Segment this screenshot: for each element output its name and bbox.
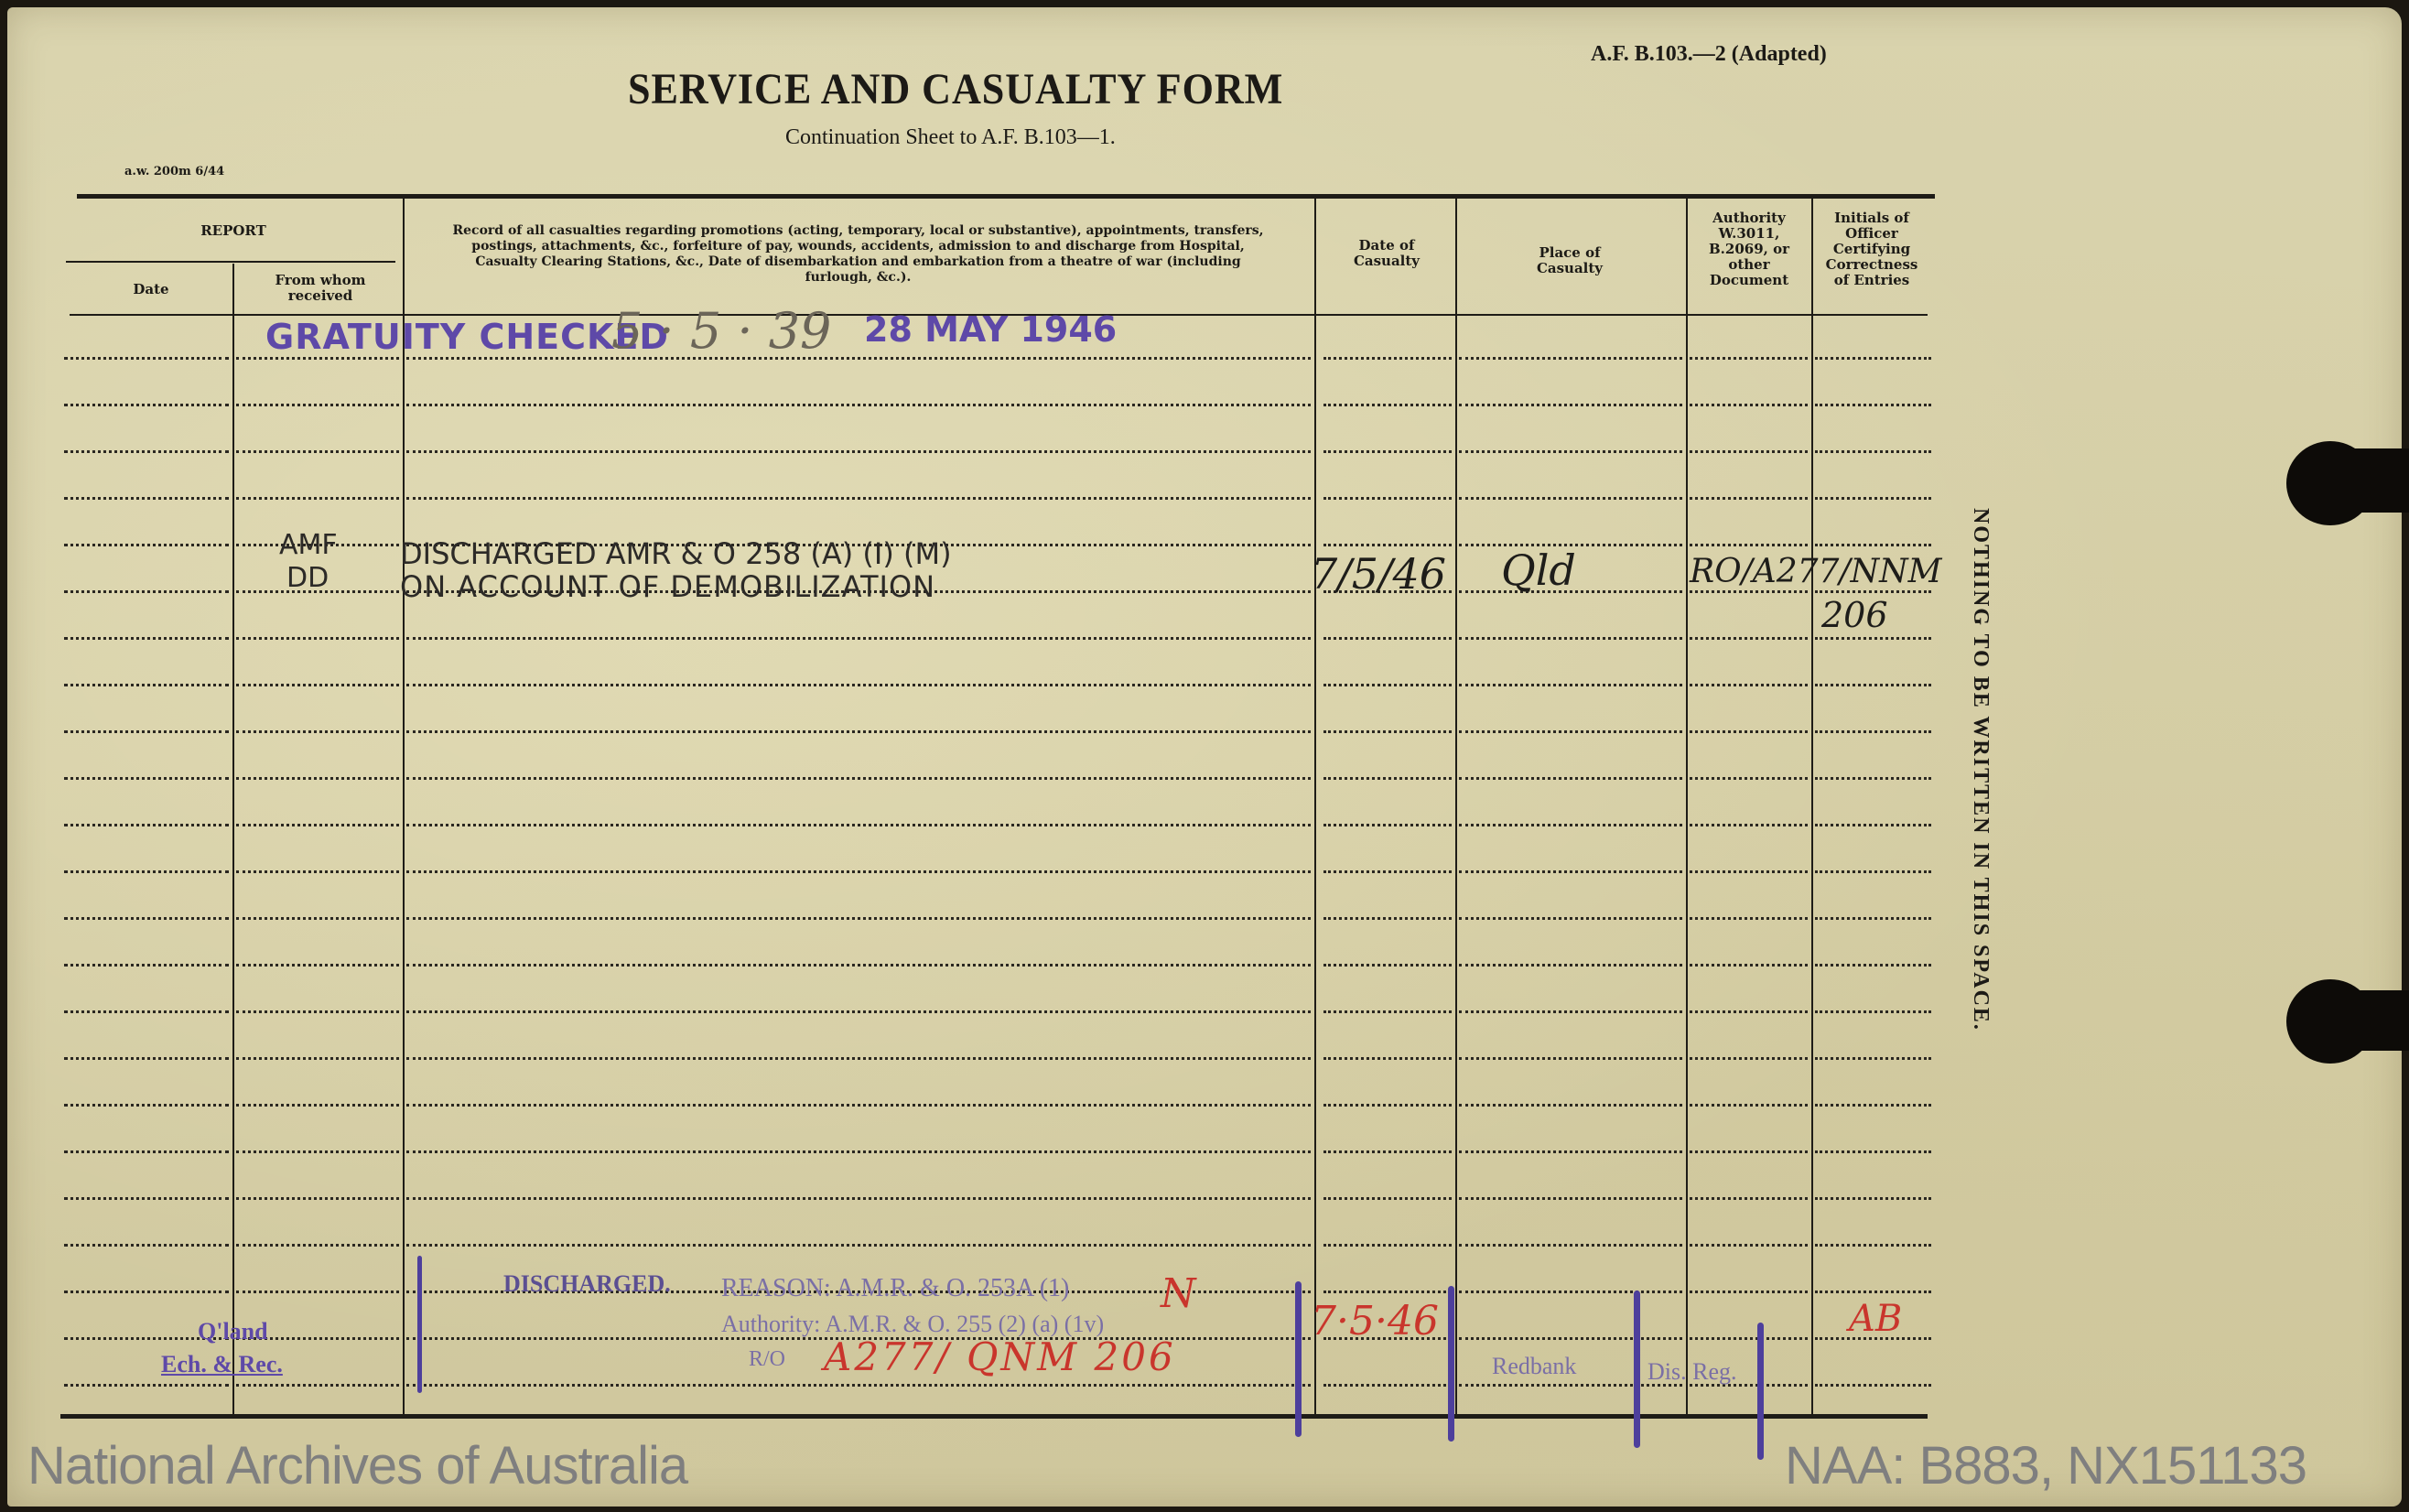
header-date-of-casualty: Date of Casualty xyxy=(1336,238,1437,269)
ruled-line xyxy=(236,450,399,453)
ruled-line xyxy=(236,357,399,360)
ruled-line xyxy=(1815,544,1931,546)
discharged-label: DISCHARGED. xyxy=(503,1270,671,1298)
ruled-line xyxy=(406,730,1311,733)
ruled-line xyxy=(1459,1244,1682,1247)
header-date: Date xyxy=(73,282,229,297)
ruled-line xyxy=(64,1104,229,1107)
ruled-line xyxy=(406,777,1311,780)
col-line-date-cas xyxy=(1455,197,1457,1414)
gratuity-pencil-date: 5 · 5 · 39 xyxy=(611,302,831,360)
ruled-line xyxy=(64,544,229,546)
ink-stroke xyxy=(1757,1323,1764,1460)
ruled-line xyxy=(1815,777,1931,780)
ruled-line xyxy=(1459,777,1682,780)
ruled-line xyxy=(64,917,229,920)
punch-hole-top-tab xyxy=(2343,448,2409,513)
ruled-line xyxy=(236,777,399,780)
ruled-line xyxy=(1459,1010,1682,1013)
ruled-line xyxy=(406,1197,1311,1200)
form-subtitle: Continuation Sheet to A.F. B.103—1. xyxy=(785,125,1116,150)
ruled-line xyxy=(1690,450,1808,453)
ruled-line xyxy=(406,1104,1311,1107)
ruled-line xyxy=(1459,824,1682,826)
ruled-line xyxy=(1323,777,1452,780)
ruled-line xyxy=(1815,1150,1931,1153)
ruled-line xyxy=(1459,917,1682,920)
ruled-line xyxy=(406,497,1311,500)
ruled-line xyxy=(64,964,229,967)
ruled-line xyxy=(406,684,1311,686)
ruled-line xyxy=(406,1384,1311,1387)
ruled-line xyxy=(236,637,399,640)
discharge-place-of-casualty: Qld xyxy=(1501,545,1576,595)
ruled-line xyxy=(1323,730,1452,733)
ruled-line xyxy=(1690,964,1808,967)
ruled-line xyxy=(406,1150,1311,1153)
discharge-initials: 206 xyxy=(1821,595,1888,635)
stamp-initials: AB xyxy=(1849,1298,1902,1340)
ruled-line xyxy=(64,497,229,500)
ruled-line xyxy=(406,450,1311,453)
ruled-line xyxy=(1459,1150,1682,1153)
archive-reference-watermark: NAA: B883, NX151133 xyxy=(1785,1435,2306,1496)
ruled-line xyxy=(1690,1337,1808,1340)
ruled-line xyxy=(1323,357,1452,360)
stamp-bracket-mark xyxy=(417,1256,422,1393)
ruled-line xyxy=(236,1384,399,1387)
col-line-place xyxy=(1686,197,1688,1414)
stamp-authority-dis-reg: Dis. Reg. xyxy=(1647,1358,1737,1386)
ruled-line xyxy=(1815,1384,1931,1387)
ruled-line xyxy=(1690,544,1808,546)
ruled-line xyxy=(1323,917,1452,920)
ruled-line xyxy=(1690,357,1808,360)
ruled-line xyxy=(1815,730,1931,733)
ruled-line xyxy=(236,497,399,500)
header-report: REPORT xyxy=(73,223,394,239)
ruled-line xyxy=(236,684,399,686)
col-line-authority xyxy=(1811,197,1813,1414)
ruled-line xyxy=(64,1010,229,1013)
ro-label: R/O xyxy=(749,1347,785,1372)
ruled-line xyxy=(1815,684,1931,686)
ruled-line xyxy=(1690,637,1808,640)
ruled-line xyxy=(64,777,229,780)
ruled-line xyxy=(1323,824,1452,826)
ruled-line xyxy=(406,1010,1311,1013)
ruled-line xyxy=(236,730,399,733)
col-line-date xyxy=(232,264,234,1415)
ruled-line xyxy=(64,1244,229,1247)
ruled-line xyxy=(64,1150,229,1153)
ruled-line xyxy=(1815,1057,1931,1060)
header-place-of-casualty: Place of Casualty xyxy=(1510,245,1629,276)
ruled-line xyxy=(1690,777,1808,780)
ruled-line xyxy=(1323,544,1452,546)
ruled-line xyxy=(1815,1244,1931,1247)
ruled-line xyxy=(1323,404,1452,406)
discharge-record-line2: ON ACCOUNT OF DEMOBILIZATION xyxy=(400,569,935,604)
ink-stroke xyxy=(1448,1286,1454,1442)
ruled-line xyxy=(236,1244,399,1247)
ruled-line xyxy=(1459,637,1682,640)
ruled-line xyxy=(64,870,229,873)
ruled-line xyxy=(64,1197,229,1200)
ruled-line xyxy=(1459,404,1682,406)
ruled-line xyxy=(64,1291,229,1293)
header-from-whom: From whom received xyxy=(256,273,384,304)
ruled-line xyxy=(1323,1244,1452,1247)
stamp-date-of-casualty: 7·5·46 xyxy=(1311,1298,1439,1345)
ruled-line xyxy=(1323,497,1452,500)
ruled-line xyxy=(1459,1197,1682,1200)
table-top-rule xyxy=(77,194,1935,199)
ruled-line xyxy=(1323,870,1452,873)
ruled-line xyxy=(1815,964,1931,967)
table-bottom-rule xyxy=(60,1414,1928,1419)
ruled-line xyxy=(236,1057,399,1060)
ruled-line xyxy=(1323,964,1452,967)
stamp-place-redbank: Redbank xyxy=(1492,1353,1576,1380)
ruled-line xyxy=(64,357,229,360)
nothing-to-be-written-note: NOTHING TO BE WRITTEN IN THIS SPACE. xyxy=(1968,508,1993,1031)
ruled-line xyxy=(1690,1104,1808,1107)
ruled-line xyxy=(1690,1197,1808,1200)
ruled-line xyxy=(236,964,399,967)
ruled-line xyxy=(1323,684,1452,686)
header-initials: Initials of Officer Certifying Correctne… xyxy=(1821,211,1922,288)
ruled-line xyxy=(1459,1104,1682,1107)
ruled-line xyxy=(406,1057,1311,1060)
ruled-line xyxy=(64,730,229,733)
ruled-line xyxy=(64,404,229,406)
discharge-reason: REASON: A.M.R. & O. 253A (1) xyxy=(721,1274,1069,1303)
ruled-line xyxy=(1690,404,1808,406)
ro-value: A277/ QNM 206 xyxy=(824,1334,1176,1379)
ruled-line xyxy=(1690,1244,1808,1247)
ruled-line xyxy=(1815,590,1931,593)
ruled-line xyxy=(1815,870,1931,873)
ruled-line xyxy=(1690,824,1808,826)
form-reference: A.F. B.103.—2 (Adapted) xyxy=(1591,42,1827,67)
ruled-line xyxy=(1815,404,1931,406)
ruled-line xyxy=(236,917,399,920)
discharge-date-of-casualty: 7/5/46 xyxy=(1311,549,1446,599)
ruled-line xyxy=(1459,450,1682,453)
gratuity-checked-stamp: GRATUITY CHECKED xyxy=(265,317,669,357)
ruled-line xyxy=(1815,1197,1931,1200)
form-title: SERVICE AND CASUALTY FORM xyxy=(628,64,1283,114)
ruled-line xyxy=(406,1244,1311,1247)
ruled-line xyxy=(406,870,1311,873)
ruled-line xyxy=(1690,1057,1808,1060)
ruled-line xyxy=(1690,870,1808,873)
archive-name-watermark: National Archives of Australia xyxy=(27,1435,687,1496)
ruled-line xyxy=(1459,730,1682,733)
from-whom-dd: DD xyxy=(286,562,329,594)
ruled-line xyxy=(1815,1291,1931,1293)
ruled-line xyxy=(1459,1291,1682,1293)
ruled-line xyxy=(1459,1057,1682,1060)
from-whom-qland: Q'land xyxy=(198,1318,268,1345)
ruled-line xyxy=(1459,1337,1682,1340)
ruled-line xyxy=(1690,1150,1808,1153)
ruled-line xyxy=(1323,1197,1452,1200)
from-whom-ech-rec: Ech. & Rec. xyxy=(161,1351,283,1378)
discharge-authority: RO/A277/NNM xyxy=(1690,553,1941,590)
ruled-line xyxy=(64,637,229,640)
ruled-line xyxy=(1323,1150,1452,1153)
reason-mark: N xyxy=(1161,1270,1196,1317)
ink-stroke xyxy=(1295,1281,1302,1437)
ruled-line xyxy=(406,917,1311,920)
ruled-line xyxy=(1690,1010,1808,1013)
ruled-line xyxy=(1815,637,1931,640)
ruled-line xyxy=(1815,917,1931,920)
ruled-line xyxy=(1323,1104,1452,1107)
ruled-line xyxy=(1815,1104,1931,1107)
ruled-line xyxy=(1459,497,1682,500)
ruled-line xyxy=(1690,1291,1808,1293)
ruled-line xyxy=(1323,637,1452,640)
ruled-line xyxy=(236,1104,399,1107)
ruled-line xyxy=(406,357,1311,360)
ruled-line xyxy=(236,1010,399,1013)
ruled-line xyxy=(236,824,399,826)
ruled-line xyxy=(1323,1057,1452,1060)
ruled-line xyxy=(64,684,229,686)
ruled-line xyxy=(1459,684,1682,686)
ruled-line xyxy=(406,824,1311,826)
ruled-line xyxy=(406,964,1311,967)
ruled-line xyxy=(64,1057,229,1060)
ruled-line xyxy=(1690,730,1808,733)
header-authority: Authority W.3011, B.2069, or other Docum… xyxy=(1701,211,1798,288)
header-record: Record of all casualties regarding promo… xyxy=(448,223,1268,286)
ruled-line xyxy=(1323,1010,1452,1013)
ruled-line xyxy=(1690,917,1808,920)
ruled-line xyxy=(236,870,399,873)
report-divider xyxy=(66,261,395,263)
gratuity-date-stamp: 28 MAY 1946 xyxy=(864,309,1117,350)
ruled-line xyxy=(64,590,229,593)
discharge-record-line1: DISCHARGED AMR & O 258 (A) (I) (M) xyxy=(400,536,952,571)
ink-stroke xyxy=(1634,1291,1640,1448)
ruled-line xyxy=(1690,497,1808,500)
ruled-line xyxy=(1815,357,1931,360)
ruled-line xyxy=(236,1291,399,1293)
ruled-line xyxy=(406,637,1311,640)
ruled-line xyxy=(64,1384,229,1387)
ruled-line xyxy=(1323,1384,1452,1387)
ruled-line xyxy=(236,1197,399,1200)
ruled-line xyxy=(1459,870,1682,873)
col-line-from xyxy=(403,197,405,1414)
ruled-line xyxy=(236,1150,399,1153)
ruled-line xyxy=(236,404,399,406)
from-whom-amf: AMF xyxy=(279,529,338,561)
ruled-line xyxy=(1815,1010,1931,1013)
ruled-line xyxy=(1459,964,1682,967)
ruled-line xyxy=(1690,684,1808,686)
ruled-line xyxy=(1690,590,1808,593)
ruled-line xyxy=(1323,450,1452,453)
ruled-line xyxy=(64,824,229,826)
ruled-line xyxy=(1459,357,1682,360)
col-line-record xyxy=(1314,197,1316,1414)
ruled-line xyxy=(1815,497,1931,500)
ruled-line xyxy=(64,450,229,453)
ruled-line xyxy=(1815,450,1931,453)
ruled-line xyxy=(1323,1291,1452,1293)
print-code: a.w. 200m 6/44 xyxy=(124,165,224,178)
ruled-line xyxy=(406,404,1311,406)
punch-hole-bottom-tab xyxy=(2343,990,2409,1051)
ruled-line xyxy=(1815,824,1931,826)
